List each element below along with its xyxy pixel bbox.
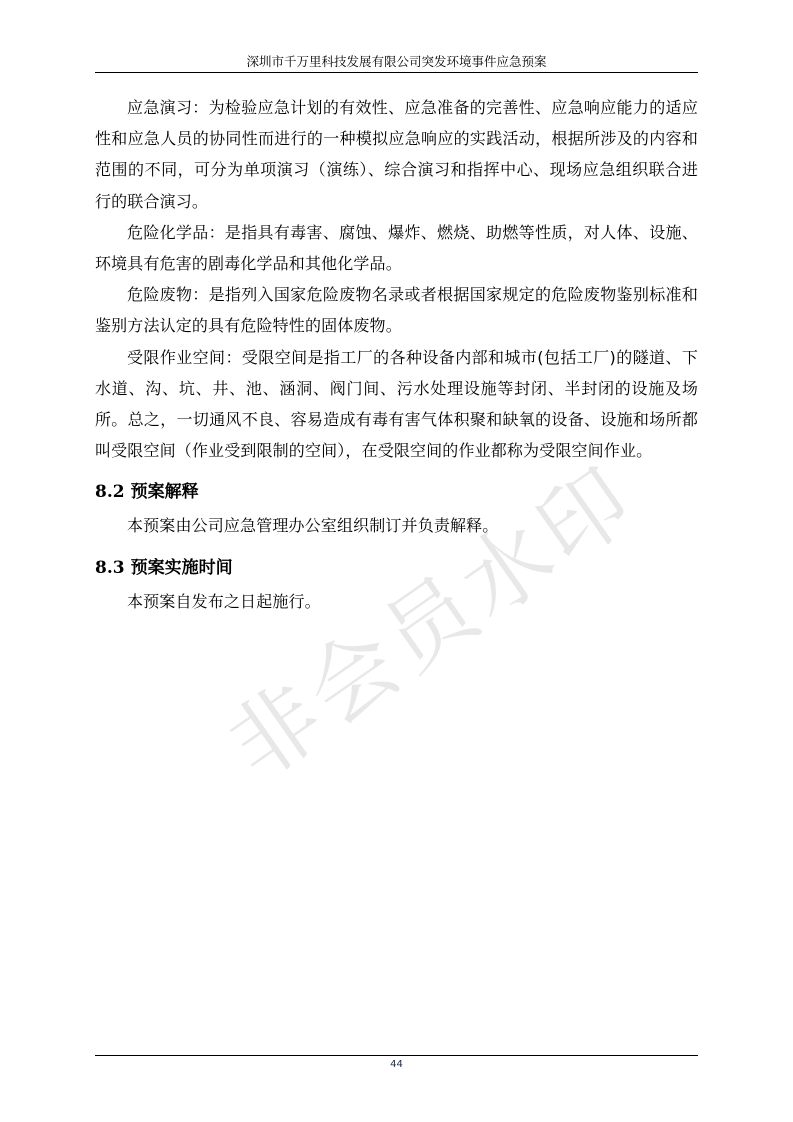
document-body: 应急演习：为检验应急计划的有效性、应急准备的完善性、应急响应能力的适应性和应急人…: [95, 92, 698, 617]
paragraph-hazardous-waste: 危险废物：是指列入国家危险废物名录或者根据国家规定的危险废物鉴别标准和鉴别方法认…: [95, 279, 698, 341]
section-number: 8.3: [95, 558, 125, 578]
header-title: 深圳市千万里科技发展有限公司突发环境事件应急预案: [246, 54, 546, 69]
section-8-2-text: 本预案由公司应急管理办公室组织制订并负责解释。: [95, 510, 698, 541]
page-number: 44: [95, 1059, 698, 1071]
section-title: 预案解释: [131, 482, 199, 502]
section-heading-8-2: 8.2预案解释: [95, 480, 698, 504]
section-number: 8.2: [95, 482, 125, 502]
section-title: 预案实施时间: [131, 558, 233, 578]
paragraph-emergency-drill: 应急演习：为检验应急计划的有效性、应急准备的完善性、应急响应能力的适应性和应急人…: [95, 92, 698, 217]
page-header: 深圳市千万里科技发展有限公司突发环境事件应急预案: [95, 52, 698, 73]
paragraph-confined-space: 受限作业空间：受限空间是指工厂的各种设备内部和城市(包括工厂)的隧道、下水道、沟…: [95, 342, 698, 467]
footer-divider: [95, 1055, 698, 1056]
section-8-3-text: 本预案自发布之日起施行。: [95, 586, 698, 617]
section-heading-8-3: 8.3预案实施时间: [95, 556, 698, 580]
paragraph-hazardous-chemicals: 危险化学品：是指具有毒害、腐蚀、爆炸、燃烧、助燃等性质，对人体、设施、环境具有危…: [95, 217, 698, 279]
